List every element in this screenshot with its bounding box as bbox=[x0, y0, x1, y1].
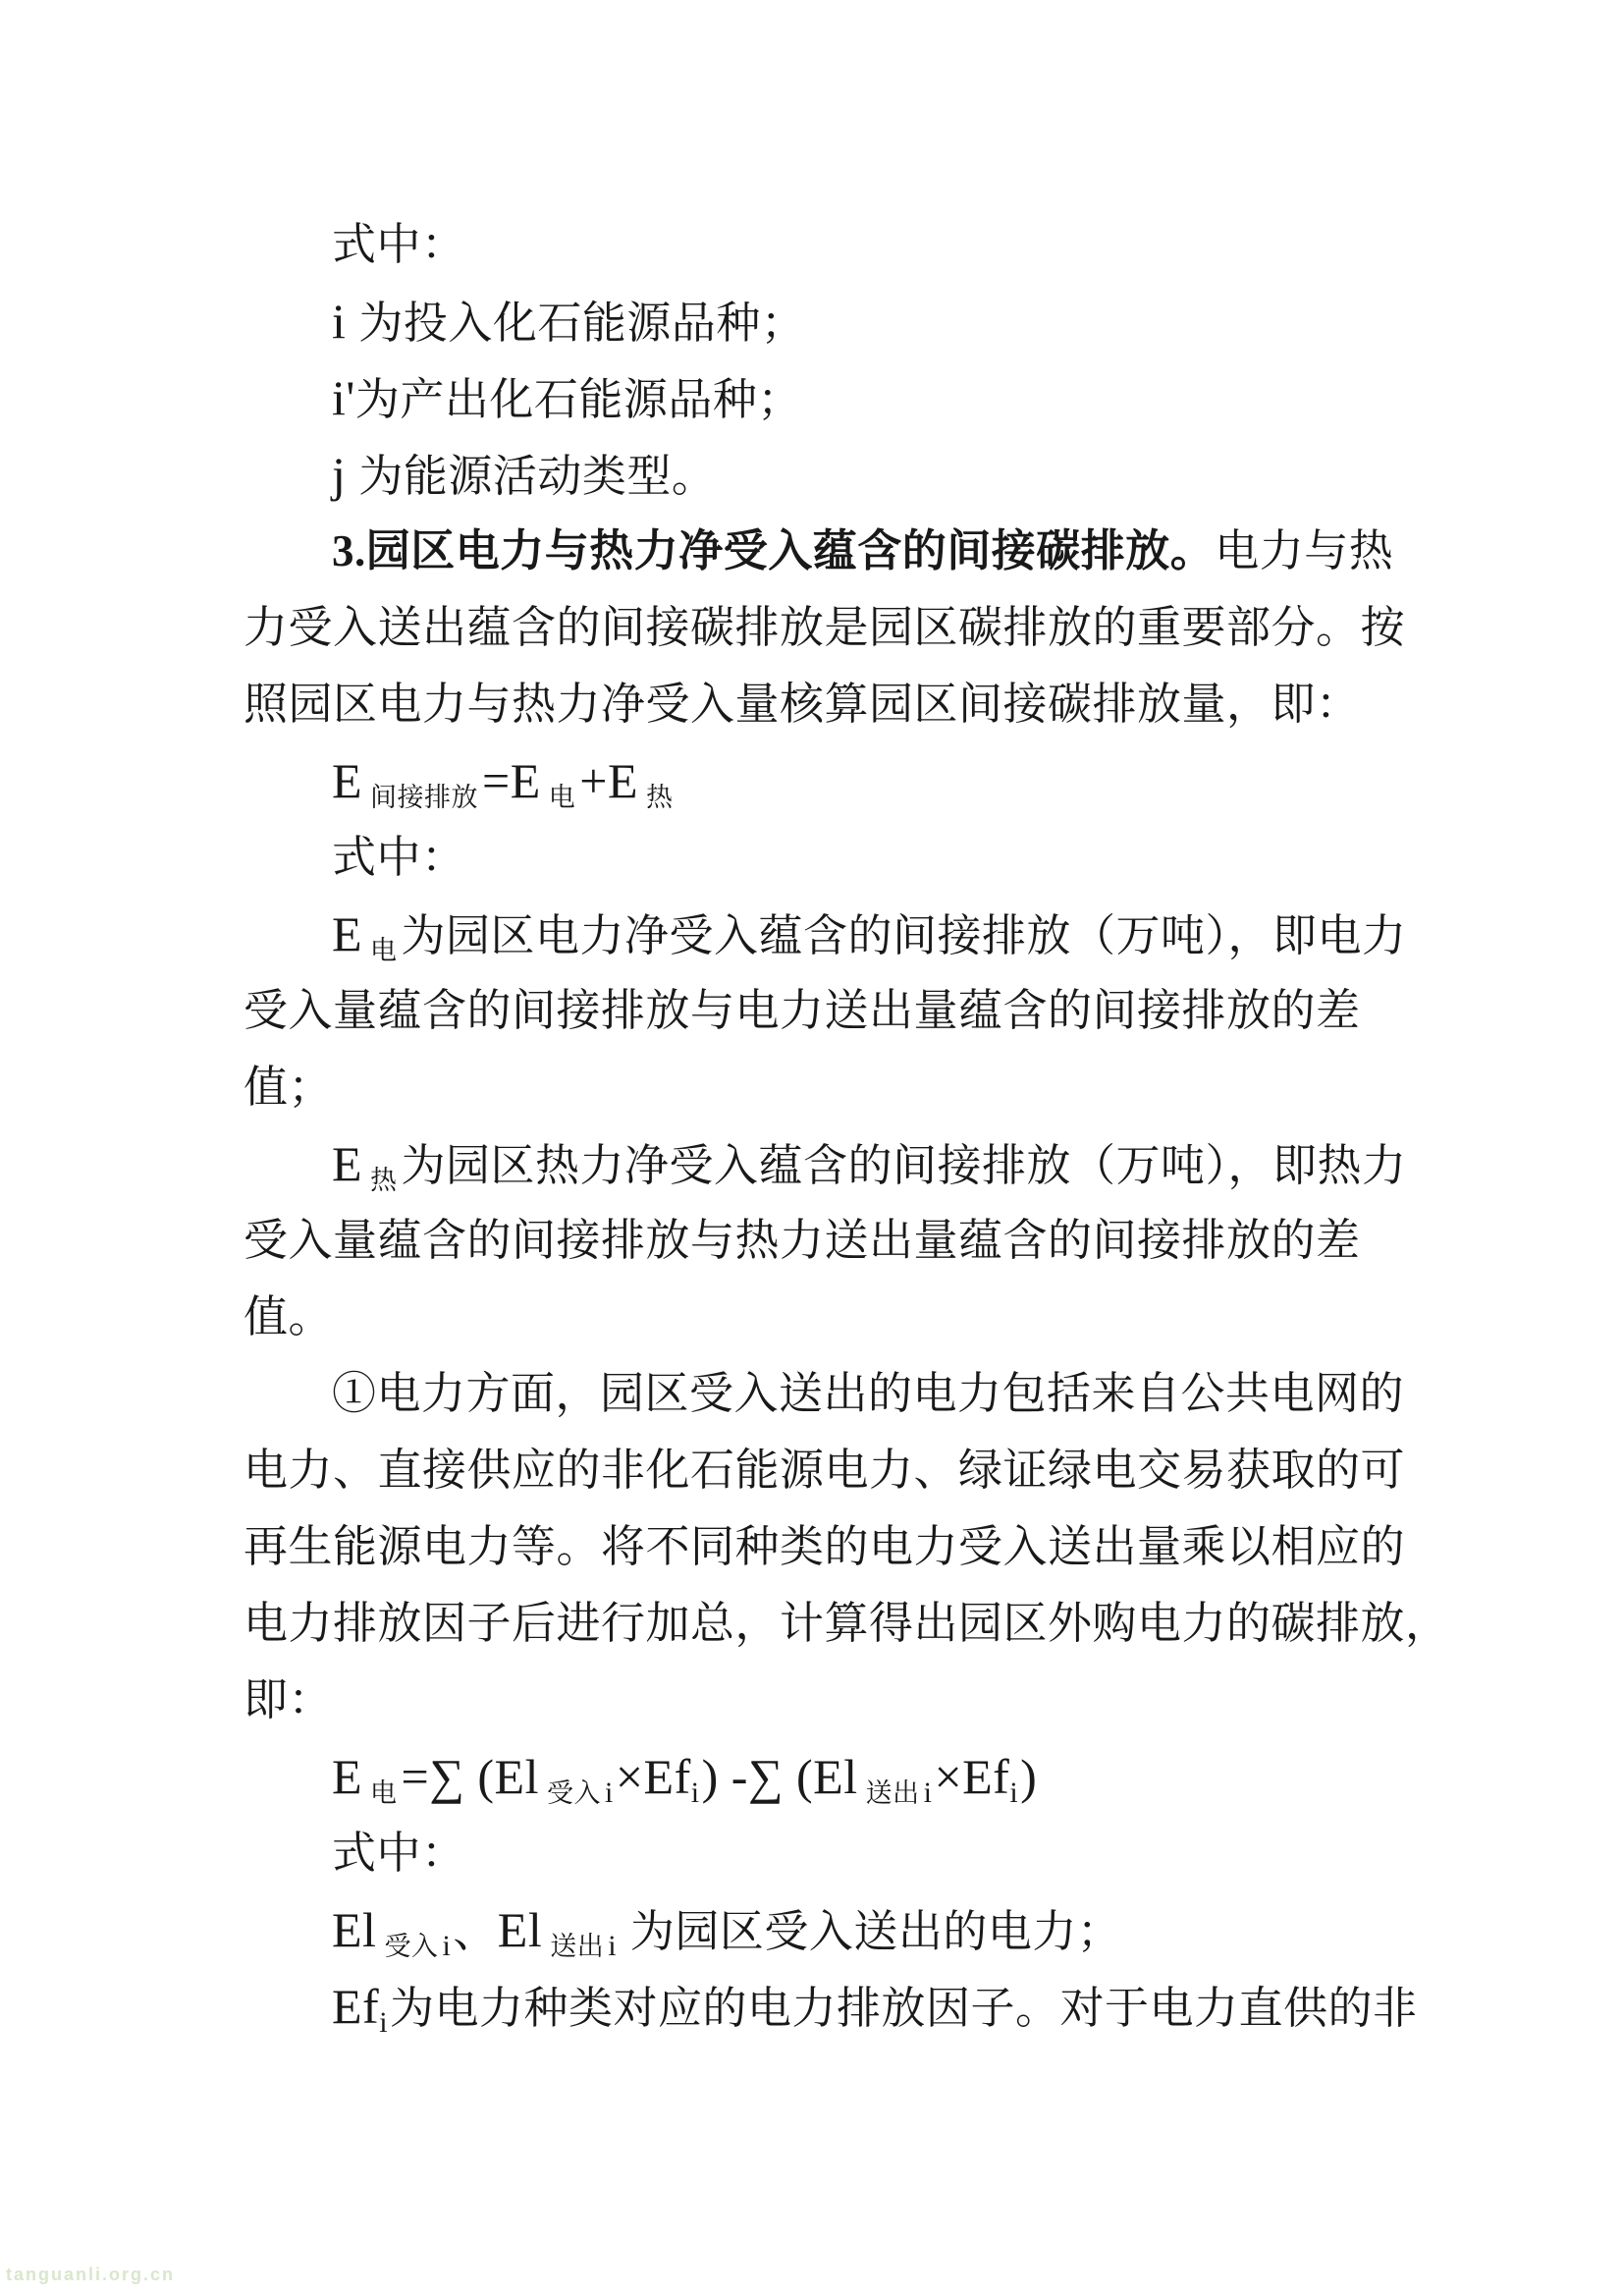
text-segment: 即： bbox=[243, 1675, 333, 1724]
text-segment: 电力与热 bbox=[1215, 526, 1393, 575]
text-line: 值； bbox=[243, 1049, 1397, 1125]
text-segment: 值。 bbox=[243, 1292, 333, 1341]
text-segment: ) -∑ (El bbox=[702, 1749, 858, 1804]
subscript: i bbox=[608, 1930, 617, 1962]
text-segment: El bbox=[332, 1902, 376, 1957]
text-line: 电力、直接供应的非化石能源电力、绿证绿电交易获取的可 bbox=[243, 1432, 1397, 1508]
text-line: 式中： bbox=[243, 819, 1397, 896]
text-segment: 值； bbox=[243, 1063, 333, 1112]
text-segment: 电力、直接供应的非化石能源电力、绿证绿电交易获取的可 bbox=[243, 1446, 1405, 1495]
text-line: 再生能源电力等。将不同种类的电力受入送出量乘以相应的 bbox=[243, 1508, 1397, 1585]
text-segment: i bbox=[332, 294, 358, 349]
text-segment: E bbox=[332, 1136, 362, 1191]
text-segment: =∑ (El bbox=[402, 1749, 539, 1804]
subscript: i bbox=[379, 2006, 388, 2039]
text-segment: 为能源活动类型。 bbox=[358, 452, 716, 501]
text-segment: ×Ef bbox=[934, 1749, 1009, 1804]
text-segment: 为产出化石能源品种； bbox=[355, 375, 802, 424]
subscript: 送出 bbox=[866, 1778, 920, 1808]
subscript: 电 bbox=[370, 936, 398, 965]
text-segment: E bbox=[332, 906, 362, 961]
subscript: 电 bbox=[370, 1778, 398, 1808]
subscript: i bbox=[691, 1777, 700, 1809]
subscript: 电 bbox=[549, 783, 576, 812]
subscript: i bbox=[1009, 1777, 1018, 1809]
text-segment: ) bbox=[1020, 1749, 1037, 1804]
text-segment: =E bbox=[482, 753, 541, 808]
subscript: 间接排放 bbox=[370, 783, 478, 812]
text-segment: 照园区电力与热力净受入量核算园区间接碳排放量，即： bbox=[243, 680, 1361, 729]
text-line: E热为园区热力净受入蕴含的间接排放（万吨），即热力 bbox=[243, 1125, 1397, 1202]
subscript: i bbox=[442, 1930, 451, 1962]
text-segment: 受入量蕴含的间接排放与热力送出量蕴含的间接排放的差 bbox=[243, 1216, 1361, 1265]
subscript: 送出 bbox=[550, 1932, 604, 1961]
document-page: 式中：i 为投入化石能源品种；i'为产出化石能源品种；j 为能源活动类型。3.园… bbox=[0, 0, 1623, 2296]
text-segment: ①电力方面，园区受入送出的电力包括来自公共电网的 bbox=[332, 1369, 1404, 1418]
text-segment: 式中： bbox=[332, 220, 466, 269]
text-segment: 式中： bbox=[332, 1829, 466, 1878]
text-segment: i' bbox=[332, 370, 355, 425]
subscript: 受入 bbox=[547, 1778, 601, 1808]
heading-text: 3.园区电力与热力净受入蕴含的间接碳排放。 bbox=[332, 526, 1215, 575]
text-segment: 为电力种类对应的电力排放因子。对于电力直供的非 bbox=[390, 1984, 1418, 2033]
text-line: 3.园区电力与热力净受入蕴含的间接碳排放。电力与热 bbox=[243, 513, 1397, 589]
text-segment: E bbox=[332, 1749, 362, 1804]
text-line: i'为产出化石能源品种； bbox=[243, 359, 1397, 436]
watermark: tanguanli.org.cn bbox=[6, 2265, 175, 2285]
text-line: El受入i、El送出i 为园区受入送出的电力； bbox=[243, 1891, 1397, 1968]
text-segment: 电力排放因子后进行加总，计算得出园区外购电力的碳排放， bbox=[243, 1599, 1450, 1648]
text-segment: j bbox=[332, 447, 358, 502]
text-segment: 力受入送出蕴含的间接碳排放是园区碳排放的重要部分。按 bbox=[243, 603, 1405, 652]
text-line: 值。 bbox=[243, 1279, 1397, 1355]
text-segment: 为投入化石能源品种； bbox=[358, 299, 805, 348]
text-line: 受入量蕴含的间接排放与热力送出量蕴含的间接排放的差 bbox=[243, 1202, 1397, 1279]
text-line: E间接排放=E电+E热 bbox=[243, 742, 1397, 819]
text-line: E电为园区电力净受入蕴含的间接排放（万吨），即电力 bbox=[243, 896, 1397, 972]
text-line: i 为投入化石能源品种； bbox=[243, 283, 1397, 359]
text-segment: 再生能源电力等。将不同种类的电力受入送出量乘以相应的 bbox=[243, 1522, 1405, 1571]
text-line: ①电力方面，园区受入送出的电力包括来自公共电网的 bbox=[243, 1355, 1397, 1432]
subscript: 热 bbox=[370, 1166, 398, 1195]
text-segment: +E bbox=[579, 753, 638, 808]
text-line: 照园区电力与热力净受入量核算园区间接碳排放量，即： bbox=[243, 666, 1397, 742]
text-segment: E bbox=[332, 753, 362, 808]
subscript: 热 bbox=[646, 783, 674, 812]
text-segment: 为园区电力净受入蕴含的间接排放（万吨），即电力 bbox=[402, 911, 1407, 960]
text-line: 受入量蕴含的间接排放与电力送出量蕴含的间接排放的差 bbox=[243, 972, 1397, 1049]
text-segment: 为园区受入送出的电力； bbox=[619, 1907, 1121, 1956]
text-line: 电力排放因子后进行加总，计算得出园区外购电力的碳排放， bbox=[243, 1585, 1397, 1662]
subscript: i bbox=[924, 1777, 933, 1809]
subscript: 受入 bbox=[384, 1932, 438, 1961]
text-segment: ×Ef bbox=[616, 1749, 691, 1804]
subscript: i bbox=[605, 1777, 614, 1809]
text-segment: 为园区热力净受入蕴含的间接排放（万吨），即热力 bbox=[402, 1141, 1407, 1190]
text-segment: 受入量蕴含的间接排放与电力送出量蕴含的间接排放的差 bbox=[243, 986, 1361, 1035]
text-segment: Ef bbox=[332, 1979, 379, 2034]
text-line: 力受入送出蕴含的间接碳排放是园区碳排放的重要部分。按 bbox=[243, 589, 1397, 666]
text-line: 即： bbox=[243, 1662, 1397, 1738]
text-segment: 、 bbox=[453, 1907, 498, 1956]
text-line: Efi为电力种类对应的电力排放因子。对于电力直供的非 bbox=[243, 1968, 1397, 2045]
text-line: 式中： bbox=[243, 1815, 1397, 1891]
text-line: E电=∑ (El受入i×Efi) -∑ (El送出i×Efi) bbox=[243, 1738, 1397, 1815]
text-segment: El bbox=[498, 1902, 542, 1957]
document-body: 式中：i 为投入化石能源品种；i'为产出化石能源品种；j 为能源活动类型。3.园… bbox=[243, 206, 1397, 2045]
text-line: 式中： bbox=[243, 206, 1397, 283]
text-segment: 式中： bbox=[332, 833, 466, 882]
text-line: j 为能源活动类型。 bbox=[243, 436, 1397, 513]
